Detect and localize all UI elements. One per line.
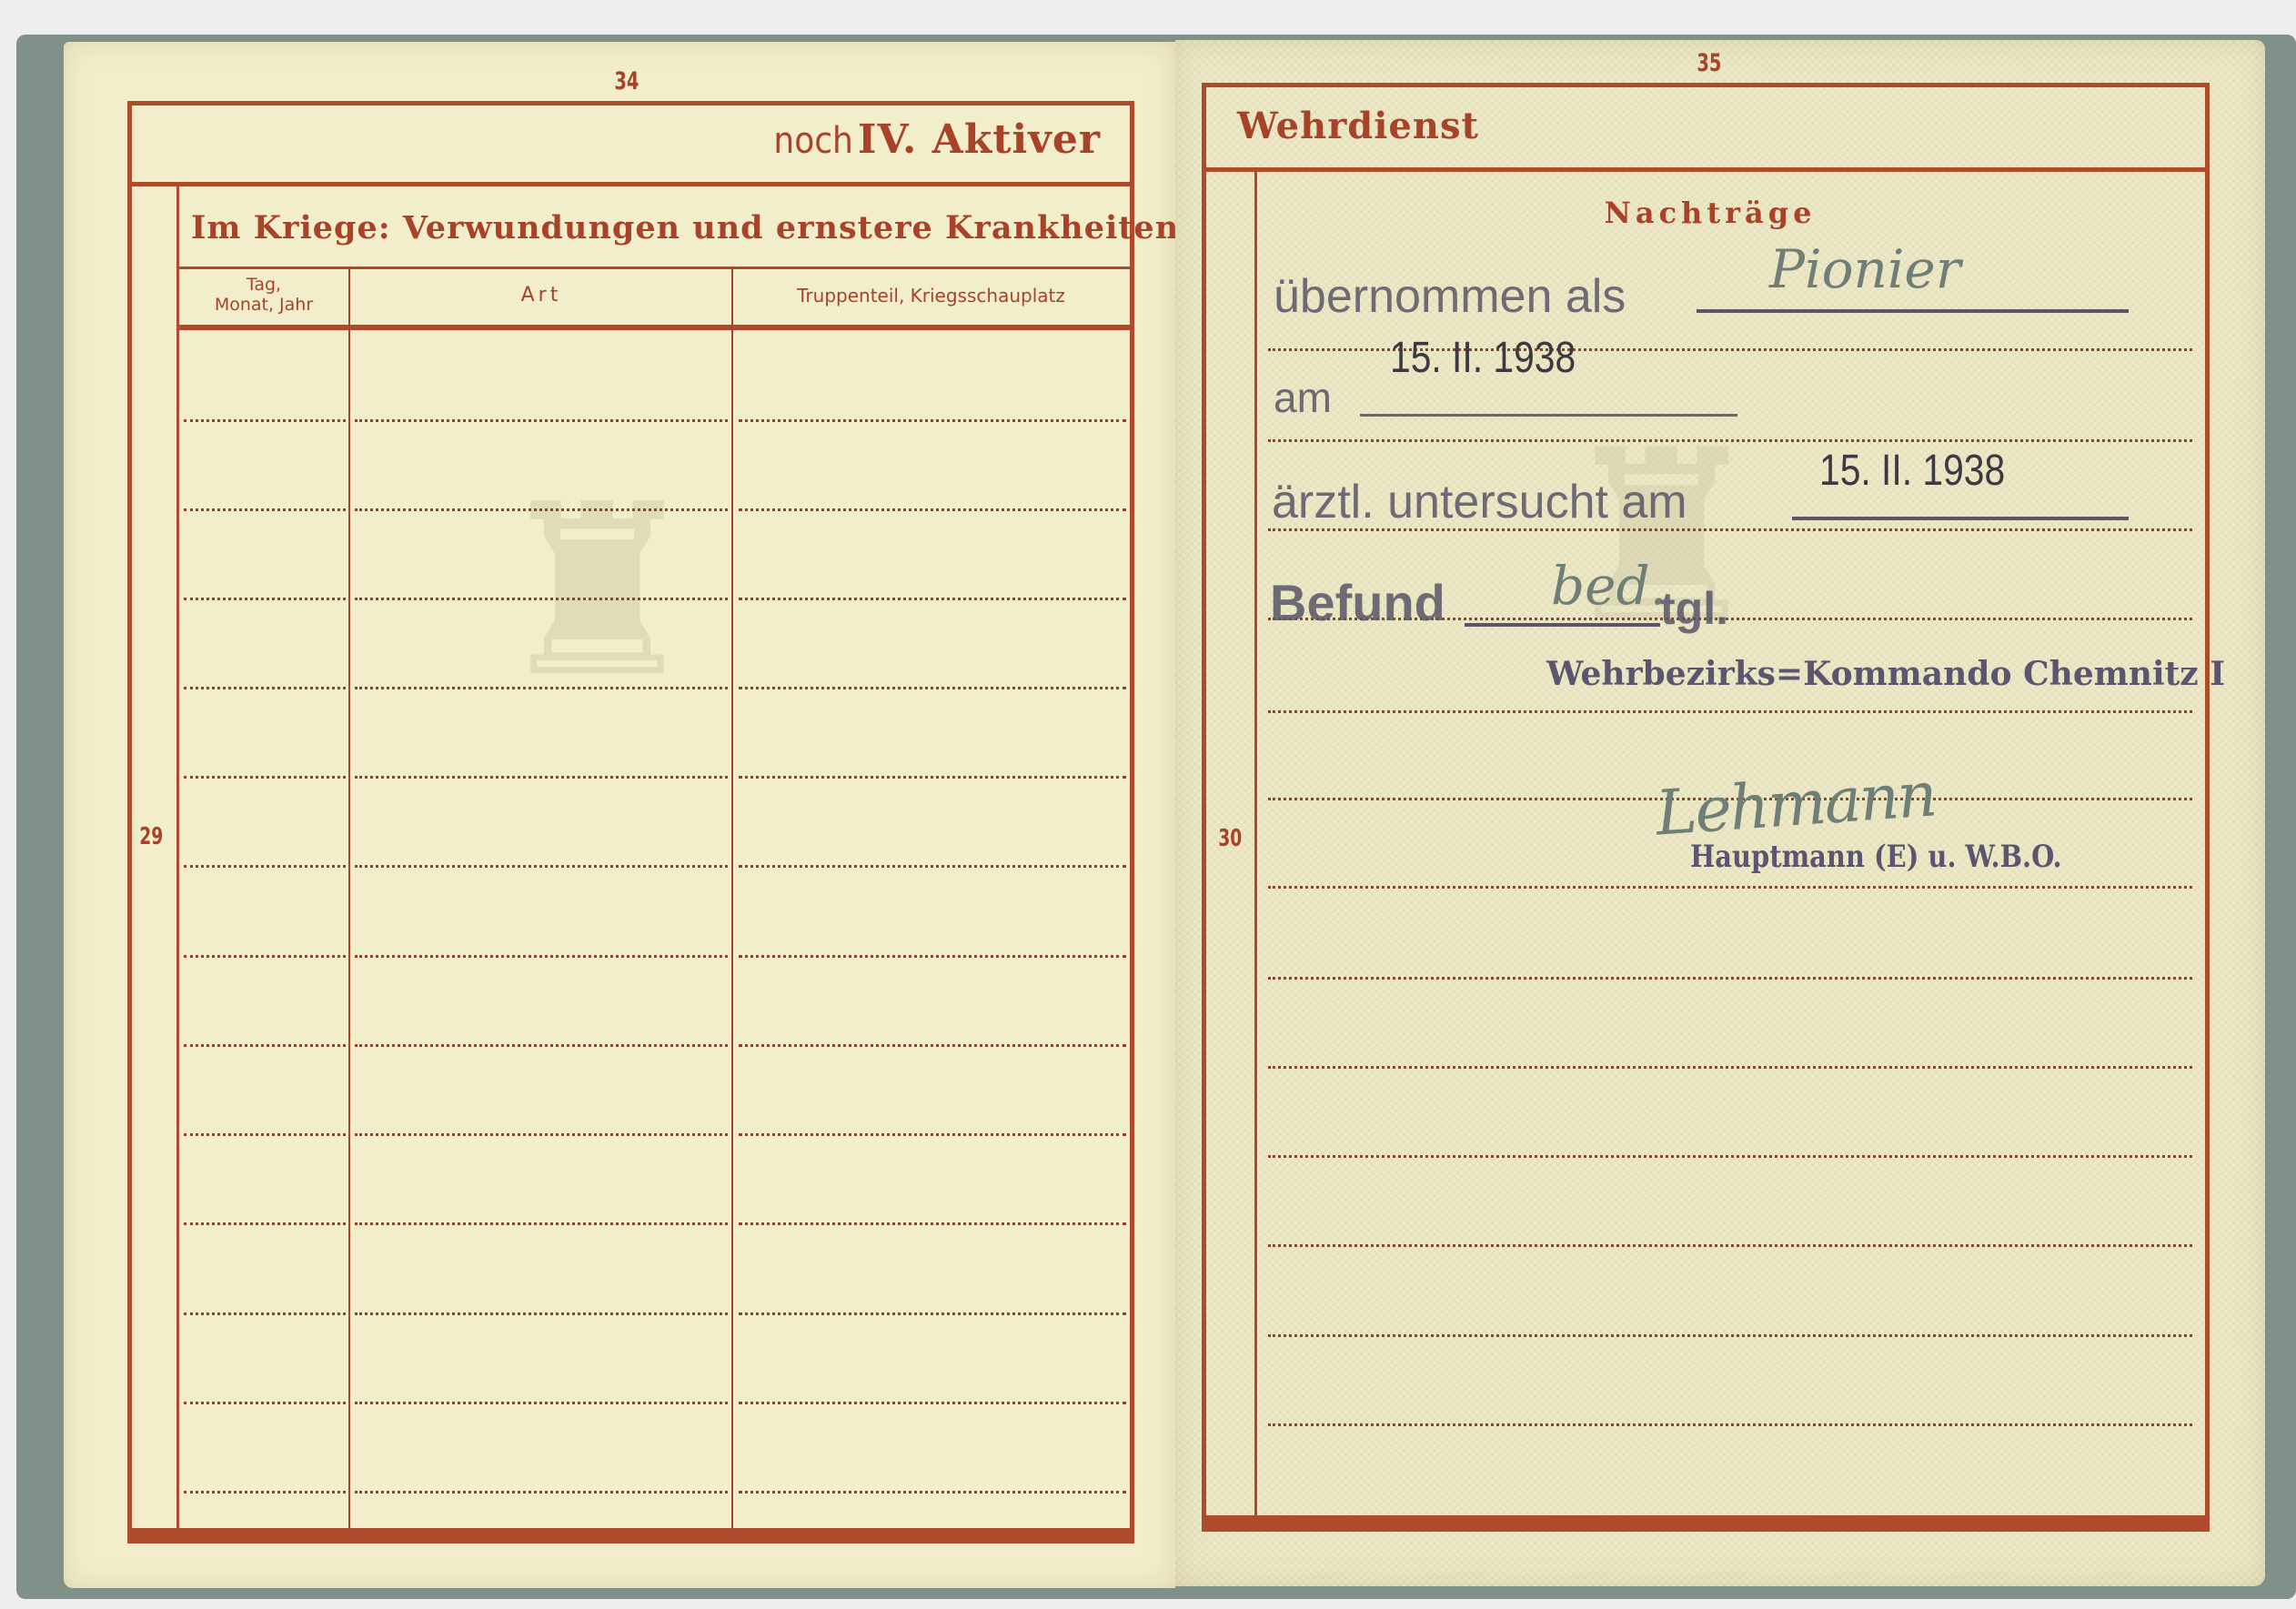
column-divider: [731, 268, 733, 1530]
dotted-row-line: [739, 598, 1126, 600]
header-title: IV. Aktiver: [858, 116, 1101, 163]
dotted-row-line: [739, 1491, 1126, 1493]
befund-suffix: tgl.: [1660, 582, 1728, 635]
dotted-row-line: [355, 1044, 728, 1047]
dotted-row-line: [184, 1402, 346, 1404]
dotted-row-line: [184, 955, 346, 958]
divider: [1202, 167, 2210, 172]
dotted-row-line: [1268, 977, 2192, 980]
befund-label: Befund: [1270, 573, 1445, 632]
dotted-row-line: [184, 508, 346, 511]
header-prefix: noch: [773, 120, 852, 162]
dotted-row-line: [355, 865, 728, 868]
untersucht-date-value: 15. II. 1938: [1819, 446, 2005, 496]
signature-title: Hauptmann (E) u. W.B.O.: [1690, 839, 2062, 875]
dotted-row-line: [739, 1044, 1126, 1047]
dotted-row-line: [184, 1133, 346, 1136]
subtitle-nachtraege: Nachträge: [1583, 196, 1838, 230]
dotted-row-line: [184, 1222, 346, 1225]
side-number-left: 29: [139, 823, 163, 850]
column-divider: [348, 268, 350, 1530]
underline: [1697, 309, 2129, 313]
dotted-row-line: [355, 1312, 728, 1315]
column-header-type: Art: [351, 284, 731, 307]
divider: [178, 325, 1130, 330]
dotted-row-line: [184, 1044, 346, 1047]
dotted-row-line: [739, 687, 1126, 689]
dotted-row-line: [184, 776, 346, 779]
dotted-row-line: [739, 865, 1126, 868]
dotted-row-line: [184, 865, 346, 868]
dotted-row-line: [355, 687, 728, 689]
dotted-row-line: [739, 955, 1126, 958]
dotted-row-line: [355, 598, 728, 600]
dotted-row-line: [1268, 1423, 2192, 1426]
side-number-right: 30: [1218, 825, 1242, 852]
am-label: am: [1274, 373, 1332, 422]
dotted-row-line: [1268, 1244, 2192, 1247]
dotted-row-line: [1268, 1334, 2192, 1337]
uebernommen-value: Pionier: [1769, 238, 1960, 300]
dotted-row-line: [184, 598, 346, 600]
dotted-row-line: [184, 687, 346, 689]
dotted-row-line: [355, 1222, 728, 1225]
uebernommen-label: übernommen als: [1274, 269, 1626, 324]
am-date-value: 15. II. 1938: [1390, 333, 1576, 383]
right-header-title: Wehrdienst: [1237, 105, 1479, 147]
divider: [1202, 1515, 2210, 1530]
left-header: noch IV. Aktiver: [673, 116, 1101, 163]
margin-line: [1254, 171, 1257, 1517]
margin-line: [176, 186, 179, 1530]
dotted-row-line: [1268, 1155, 2192, 1158]
left-form-frame: [127, 101, 1134, 1544]
dotted-row-line: [739, 508, 1126, 511]
dotted-row-line: [1268, 1066, 2192, 1069]
divider: [127, 1528, 1134, 1543]
dotted-row-line: [355, 419, 728, 422]
dotted-row-line: [184, 419, 346, 422]
dotted-row-line: [355, 776, 728, 779]
underline: [1792, 517, 2129, 520]
divider: [127, 182, 1134, 186]
dotted-row-line: [739, 1312, 1126, 1315]
page-number-left: 34: [614, 67, 639, 96]
dotted-row-line: [739, 1402, 1126, 1404]
dotted-row-line: [739, 1222, 1126, 1225]
dotted-row-line: [739, 1133, 1126, 1136]
dotted-row-line: [355, 1402, 728, 1404]
page-number-right: 35: [1697, 49, 1721, 77]
underline: [1465, 623, 1660, 627]
office-stamp: Wehrbezirks=Kommando Chemnitz I: [1546, 655, 2225, 693]
dotted-row-line: [1268, 439, 2192, 442]
untersucht-label: ärztl. untersucht am: [1272, 475, 1687, 529]
column-header-date-line1: Tag,: [180, 275, 347, 295]
dotted-row-line: [184, 1491, 346, 1493]
dotted-row-line: [355, 1491, 728, 1493]
dotted-row-line: [355, 1133, 728, 1136]
dotted-row-line: [355, 508, 728, 511]
dotted-row-line: [739, 776, 1126, 779]
column-header-unit: Truppenteil, Kriegsschauplatz: [734, 285, 1128, 307]
dotted-row-line: [1268, 886, 2192, 889]
dotted-row-line: [739, 419, 1126, 422]
befund-value: bed.: [1551, 555, 1667, 617]
dotted-row-line: [1268, 710, 2192, 713]
dotted-row-line: [355, 955, 728, 958]
dotted-row-line: [184, 1312, 346, 1315]
column-header-date-line2: Monat, Jahr: [180, 295, 347, 315]
column-header-date: Tag, Monat, Jahr: [180, 275, 347, 315]
section-title: Im Kriege: Verwundungen und ernstere Kra…: [191, 209, 1119, 246]
underline: [1360, 414, 1737, 417]
divider: [178, 266, 1130, 269]
